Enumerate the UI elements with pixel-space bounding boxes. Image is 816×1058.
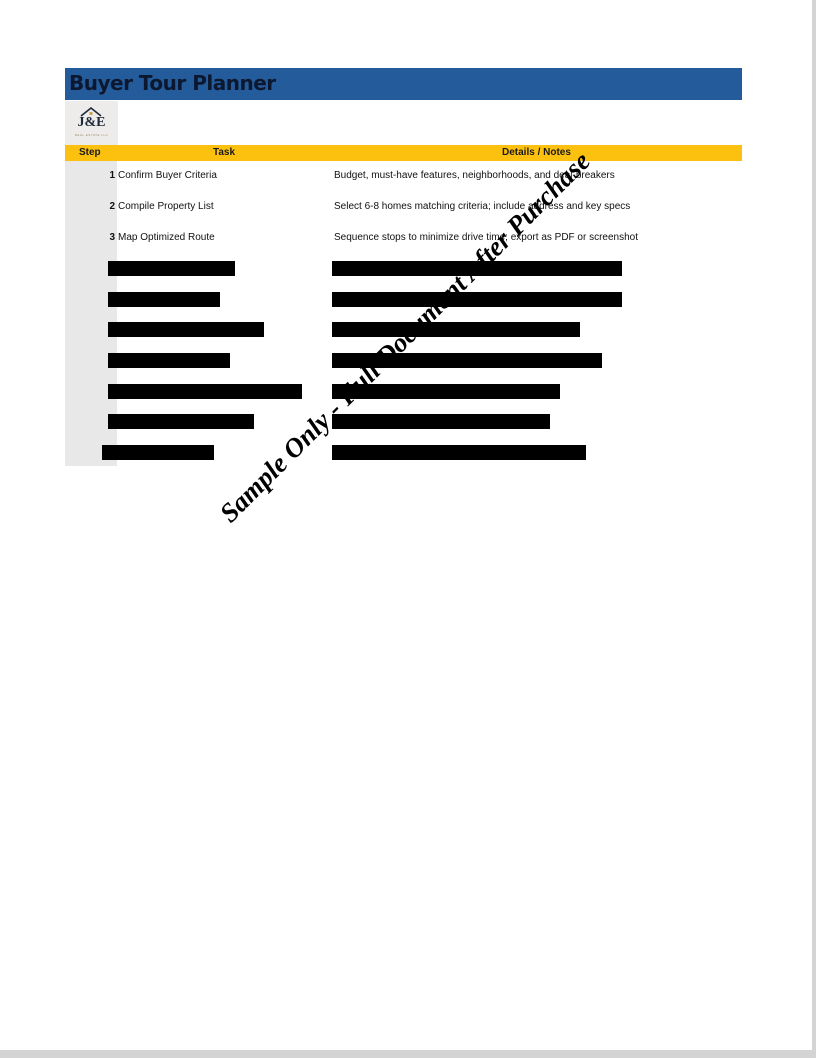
redaction-bar	[332, 261, 622, 276]
table-row-task: Compile Property List	[118, 201, 214, 212]
redaction-bar	[332, 384, 560, 399]
table-row-details: Budget, must-have features, neighborhood…	[334, 170, 615, 181]
redaction-bar	[108, 292, 220, 307]
redaction-bar	[108, 353, 230, 368]
redaction-bar	[332, 292, 622, 307]
redaction-bar	[332, 414, 550, 429]
redaction-bar	[108, 414, 254, 429]
table-header: Step Task Details / Notes	[65, 145, 742, 161]
header-step: Step	[79, 147, 101, 158]
table-row-details: Sequence stops to minimize drive time; e…	[334, 232, 638, 243]
table-row-step: 2	[65, 201, 115, 212]
table-row-step: 3	[65, 232, 115, 243]
table-row-task: Confirm Buyer Criteria	[118, 170, 217, 181]
redaction-bar	[332, 353, 602, 368]
redaction-bar	[108, 322, 264, 337]
table-row-details: Select 6-8 homes matching criteria; incl…	[334, 201, 630, 212]
document-title: Buyer Tour Planner	[69, 71, 276, 95]
redaction-bar	[332, 445, 586, 460]
table-row-step: 1	[65, 170, 115, 181]
redaction-bar	[108, 261, 235, 276]
redaction-bar	[108, 384, 302, 399]
document-page: Buyer Tour Planner J&E REAL ESTATE LLC S…	[0, 0, 812, 1050]
title-bar: Buyer Tour Planner	[65, 68, 742, 100]
header-details: Details / Notes	[502, 147, 571, 158]
logo-text: J&E	[65, 115, 118, 131]
table-row-task: Map Optimized Route	[118, 232, 215, 243]
redaction-bar	[102, 445, 214, 460]
header-task: Task	[213, 147, 235, 158]
company-logo: J&E REAL ESTATE LLC	[65, 101, 118, 145]
logo-subtext: REAL ESTATE LLC	[65, 133, 118, 137]
redaction-bar	[332, 322, 580, 337]
